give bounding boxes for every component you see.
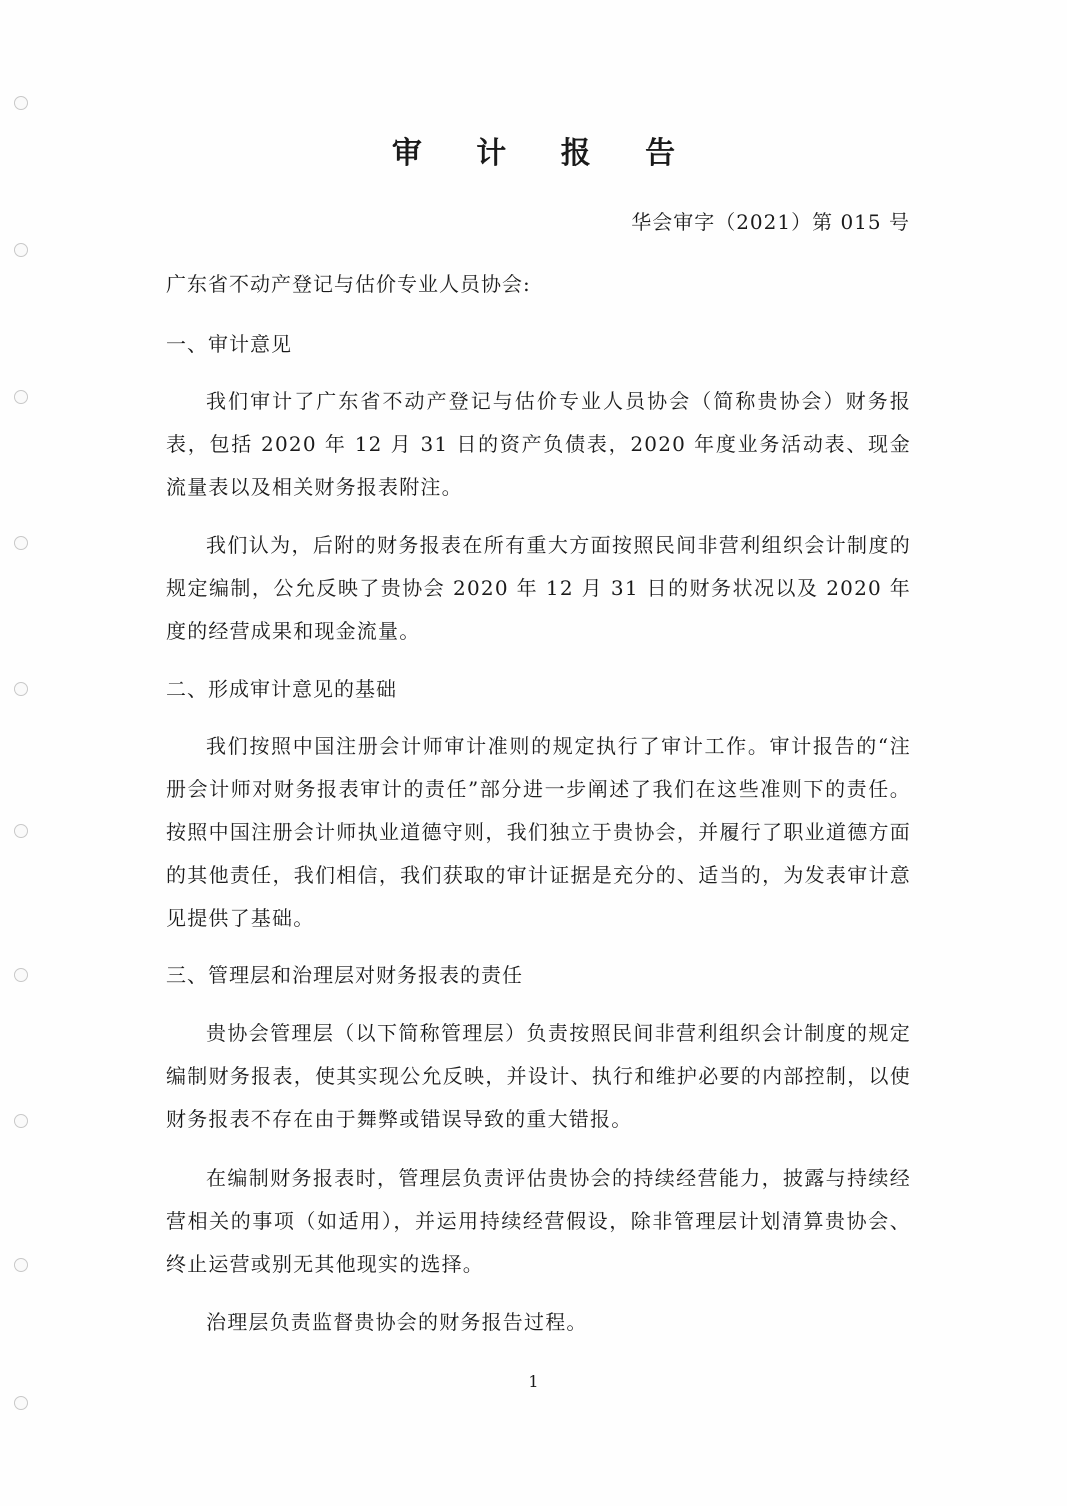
paragraph-opinion: 我们认为，后附的财务报表在所有重大方面按照民间非营利组织会计制度的规定编制，公允…: [166, 524, 911, 653]
section-heading-audit-opinion: 一、审计意见: [166, 328, 292, 357]
document-page: 审 计 报 告 华会审字（2021）第 015 号 广东省不动产登记与估价专业人…: [0, 0, 1067, 1506]
document-title: 审 计 报 告: [0, 128, 1067, 172]
punch-hole-icon: [14, 243, 28, 257]
paragraph-governance: 治理层负责监督贵协会的财务报告过程。: [166, 1301, 911, 1344]
punch-hole-icon: [14, 968, 28, 982]
paragraph-management-responsibility: 贵协会管理层（以下简称管理层）负责按照民间非营利组织会计制度的规定编制财务报表，…: [166, 1012, 911, 1141]
paragraph-basis: 我们按照中国注册会计师审计准则的规定执行了审计工作。审计报告的“注册会计师对财务…: [166, 725, 911, 940]
punch-hole-icon: [14, 1114, 28, 1128]
punch-hole-icon: [14, 390, 28, 404]
punch-hole-icon: [14, 1258, 28, 1272]
punch-hole-icon: [14, 1396, 28, 1410]
punch-hole-icon: [14, 536, 28, 550]
document-number: 华会审字（2021）第 015 号: [631, 206, 910, 235]
section-heading-responsibilities: 三、管理层和治理层对财务报表的责任: [166, 959, 523, 988]
punch-hole-icon: [14, 96, 28, 110]
section-heading-basis: 二、形成审计意见的基础: [166, 673, 397, 702]
punch-hole-icon: [14, 682, 28, 696]
page-number: 1: [0, 1372, 1067, 1391]
punch-hole-icon: [14, 824, 28, 838]
addressee: 广东省不动产登记与估价专业人员协会:: [166, 268, 531, 297]
paragraph-going-concern: 在编制财务报表时，管理层负责评估贵协会的持续经营能力，披露与持续经营相关的事项（…: [166, 1157, 911, 1286]
paragraph-audit-scope: 我们审计了广东省不动产登记与估价专业人员协会（简称贵协会）财务报表，包括 202…: [166, 380, 911, 509]
